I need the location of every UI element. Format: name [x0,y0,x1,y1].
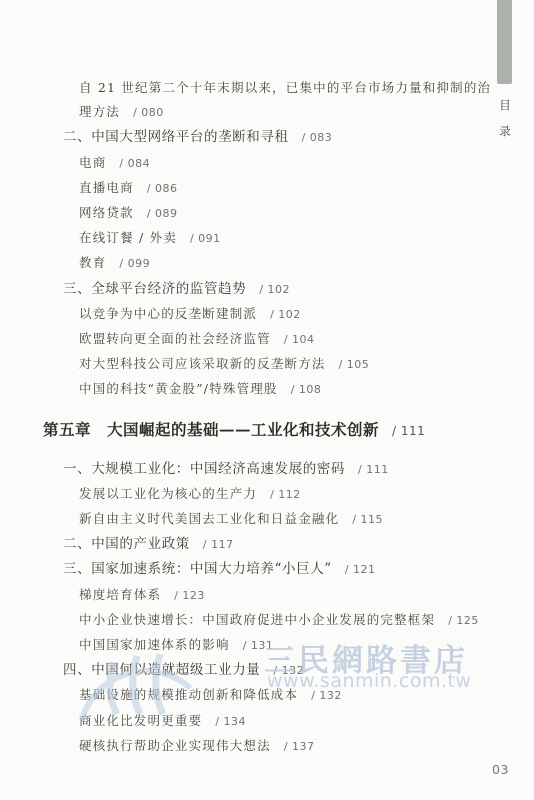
toc-entry: 硬核执行帮助企业实现伟大想法/ 137 [0,734,497,759]
toc-entry-text: 中小企业快速增长：中国政府促进中小企业发展的完整框架 [79,612,435,627]
toc-entry-text: 二、中国大型网络平台的垄断和寻租 [63,129,289,145]
toc-entry-text: 网络贷款 [79,205,134,220]
toc-entry: 在线订餐 / 外卖/ 091 [0,226,497,251]
toc-entry-text: 发展以工业化为核心的生产力 [79,486,257,501]
toc-entry-text: 基础设施的规模推动创新和降低成本 [79,687,298,702]
toc-entry: 基础设施的规模推动创新和降低成本/ 132 [0,683,497,708]
toc-entry: 中国国家加速体系的影响/ 131 [0,633,497,658]
toc-entry: 发展以工业化为核心的生产力/ 112 [0,482,497,507]
page-edge-title-char-bottom: 录 [499,125,511,137]
toc-entry-text: 二、中国的产业政策 [63,536,190,552]
page-number: 03 [492,762,509,777]
toc-entry: 中小企业快速增长：中国政府促进中小企业发展的完整框架/ 125 [0,608,497,633]
toc-entry-page: / 089 [147,207,178,220]
toc-entry-page: / 108 [291,383,322,396]
toc-entry: 欧盟转向更全面的社会经济监管/ 104 [0,327,497,352]
toc-entry-page: / 111 [358,463,389,476]
toc-entry-page: / 099 [119,257,150,270]
toc-entry: 第五章 大国崛起的基础——工业化和技术创新/ 111 [0,417,497,444]
toc-entry-page: / 132 [273,664,304,677]
toc-entry-text: 中国国家加速体系的影响 [79,637,230,652]
toc-entry: 网络贷款/ 089 [0,201,497,226]
toc-entry-page: / 105 [339,358,370,371]
toc-entry-page: / 137 [284,740,315,753]
toc-entry: 电商/ 084 [0,151,497,176]
toc-entry-text: 以竞争为中心的反垄断建制派 [79,306,257,321]
toc-entry-text: 四、中国何以造就超级工业力量 [63,662,260,678]
toc-entry-page: / 123 [174,589,205,602]
toc-entry-text: 硬核执行帮助企业实现伟大想法 [79,738,271,753]
page-edge-title-char-top: 目 [499,99,511,111]
toc-entry-page: / 102 [259,283,290,296]
toc-entry-page: / 132 [311,689,342,702]
toc-entry: 商业化比发明更重要/ 134 [0,709,497,734]
toc-entry-page: / 115 [352,513,383,526]
toc-entry-text: 三、国家加速系统：中国大力培养“小巨人” [63,561,332,577]
toc-entry-page: / 086 [147,182,178,195]
toc-entry: 直播电商/ 086 [0,176,497,201]
toc-entry: 新自由主义时代美国去工业化和日益金融化/ 115 [0,507,497,532]
toc-entry: 四、中国何以造就超级工业力量/ 132 [0,658,497,683]
toc-entry-text: 在线订餐 / 外卖 [79,230,177,245]
toc-entry: 对大型科技公司应该采取新的反垄断方法/ 105 [0,352,497,377]
book-page: 目 录 自 21 世纪第二个十年末期以来，已集中的平台市场力量和抑制的治 理方法… [0,0,534,800]
toc-entry-page: / 091 [190,232,221,245]
toc-entry-text: 中国的科技“黄金股”/特殊管理股 [79,381,278,396]
toc-entry: 教育/ 099 [0,251,497,276]
toc-entry: 二、中国大型网络平台的垄断和寻租/ 083 [0,125,497,150]
toc-entry-page: / 112 [270,488,301,501]
toc-entry-page: / 131 [243,639,274,652]
page-edge-title: 目 录 [498,99,512,137]
toc-entry: 梯度培育体系/ 123 [0,583,497,608]
toc-entry-text: 商业化比发明更重要 [79,713,202,728]
toc-entry: 三、国家加速系统：中国大力培养“小巨人”/ 121 [0,557,497,582]
toc-entry: 自 21 世纪第二个十年末期以来，已集中的平台市场力量和抑制的治 [0,76,497,100]
chapter-tab-marker [497,0,512,84]
toc-entry: 以竞争为中心的反垄断建制派/ 102 [0,302,497,327]
toc-entry-page: / 117 [203,538,234,551]
toc-entry: 中国的科技“黄金股”/特殊管理股/ 108 [0,377,497,402]
toc-entry-page: / 080 [133,106,164,119]
toc-entry-text: 教育 [79,255,106,270]
toc-list: 自 21 世纪第二个十年末期以来，已集中的平台市场力量和抑制的治 理方法/ 08… [0,76,497,759]
toc-entry-page: / 084 [119,157,150,170]
toc-entry-text: 理方法 [79,104,120,119]
toc-entry-text: 第五章 大国崛起的基础——工业化和技术创新 [43,420,379,439]
toc-entry: 二、中国的产业政策/ 117 [0,532,497,557]
toc-entry-page: / 104 [284,333,315,346]
toc-entry-text: 直播电商 [79,180,134,195]
toc-entry: 一、大规模工业化：中国经济高速发展的密码/ 111 [0,457,497,482]
toc-entry-text: 新自由主义时代美国去工业化和日益金融化 [79,511,339,526]
toc-entry-page: / 125 [448,614,479,627]
toc-entry-text: 三、全球平台经济的监管趋势 [63,281,246,297]
toc-entry-page: / 134 [215,715,246,728]
toc-entry-text: 自 21 世纪第二个十年末期以来，已集中的平台市场力量和抑制的治 [79,80,491,95]
toc-entry-text: 一、大规模工业化：中国经济高速发展的密码 [63,461,345,477]
toc-entry-text: 欧盟转向更全面的社会经济监管 [79,331,271,346]
toc-entry-page: / 083 [302,131,333,144]
toc-entry: 三、全球平台经济的监管趋势/ 102 [0,277,497,302]
toc-entry-text: 对大型科技公司应该采取新的反垄断方法 [79,356,326,371]
toc-entry-text: 梯度培育体系 [79,587,161,602]
toc-entry-text: 电商 [79,155,106,170]
toc-entry-page: / 102 [270,308,301,321]
toc-entry-page: / 111 [392,424,425,438]
toc-entry: 理方法/ 080 [0,100,497,125]
toc-entry-page: / 121 [345,563,376,576]
